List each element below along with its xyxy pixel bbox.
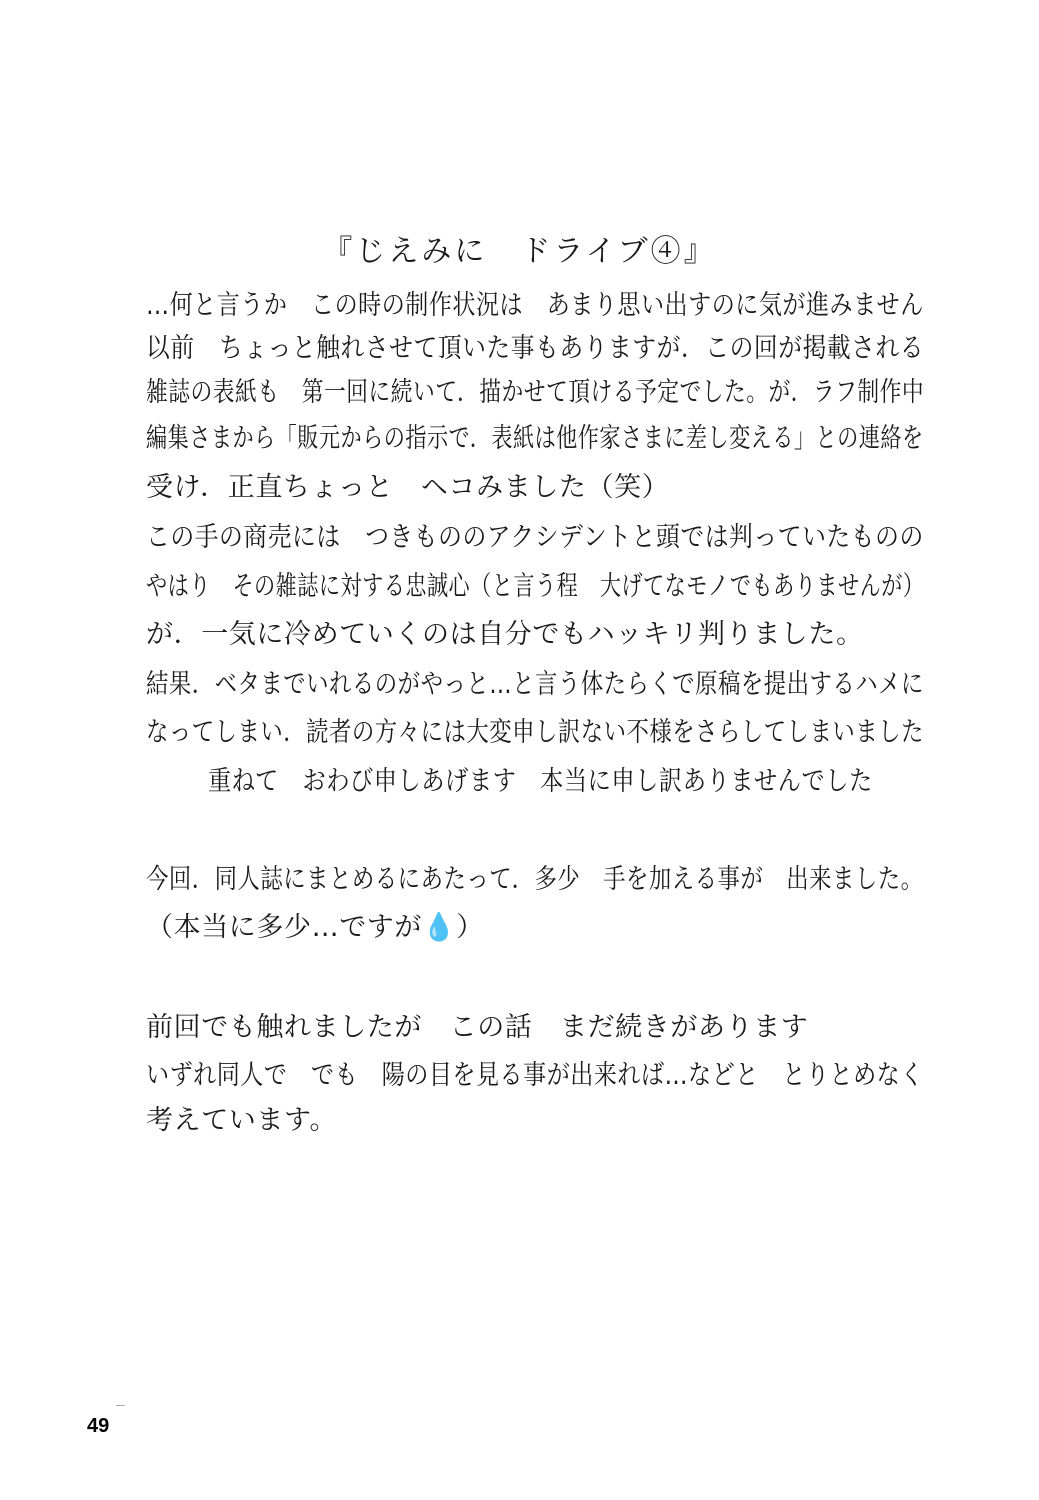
text-line: 今回．同人誌にまとめるにあたって．多少 手を加える事が 出来ました。 xyxy=(146,866,923,893)
text-line: 考えています。 xyxy=(146,1107,337,1134)
afterword-title: 『じえみに ドライブ④』 xyxy=(0,226,1039,270)
document-page: 『じえみに ドライブ④』 …何と言うか この時の制作状況は あまり思い出すのに気… xyxy=(0,0,1039,1500)
text-line: いずれ同人で でも 陽の目を見る事が出来れば…などと とりとめなく xyxy=(146,1062,924,1089)
text-line: （本当に多少…ですが💧） xyxy=(146,914,484,941)
text-line: やはり その雑誌に対する忠誠心（と言う程 大げてなモノでもありませんが） xyxy=(146,573,924,600)
text-line: この手の商売には つきもののアクシデントと頭では判っていたものの xyxy=(146,524,924,551)
text-line: 結果．ベタまでいれるのがやっと…と言う体たらくで原稿を提出するハメに xyxy=(146,671,924,698)
text-line: …何と言うか この時の制作状況は あまり思い出すのに気が進みません xyxy=(146,292,924,319)
text-line: なってしまい．読者の方々には大変申し訳ない不様をさらしてしまいました xyxy=(146,719,924,746)
text-line: 編集さまから「販元からの指示で．表紙は他作家さまに差し変える」との連絡を xyxy=(146,425,924,452)
text-line: が．一気に冷めていくのは自分でもハッキリ判りました。 xyxy=(146,621,864,648)
apology-line: 重ねて おわび申しあげます 本当に申し訳ありませんでした xyxy=(208,768,873,795)
text-line: 前回でも触れましたが この話 まだ続きがあります xyxy=(146,1014,808,1041)
text-line: 雑誌の表紙も 第一回に続いて．描かせて頂ける予定でした。が．ラフ制作中 xyxy=(146,379,924,406)
text-line: 受け．正直ちょっと ヘコみました（笑） xyxy=(146,474,669,501)
text-line: 以前 ちょっと触れさせて頂いた事もありますが．この回が掲載される xyxy=(146,335,924,362)
scan-mark xyxy=(116,1405,125,1406)
page-number: 49 xyxy=(87,1415,109,1438)
